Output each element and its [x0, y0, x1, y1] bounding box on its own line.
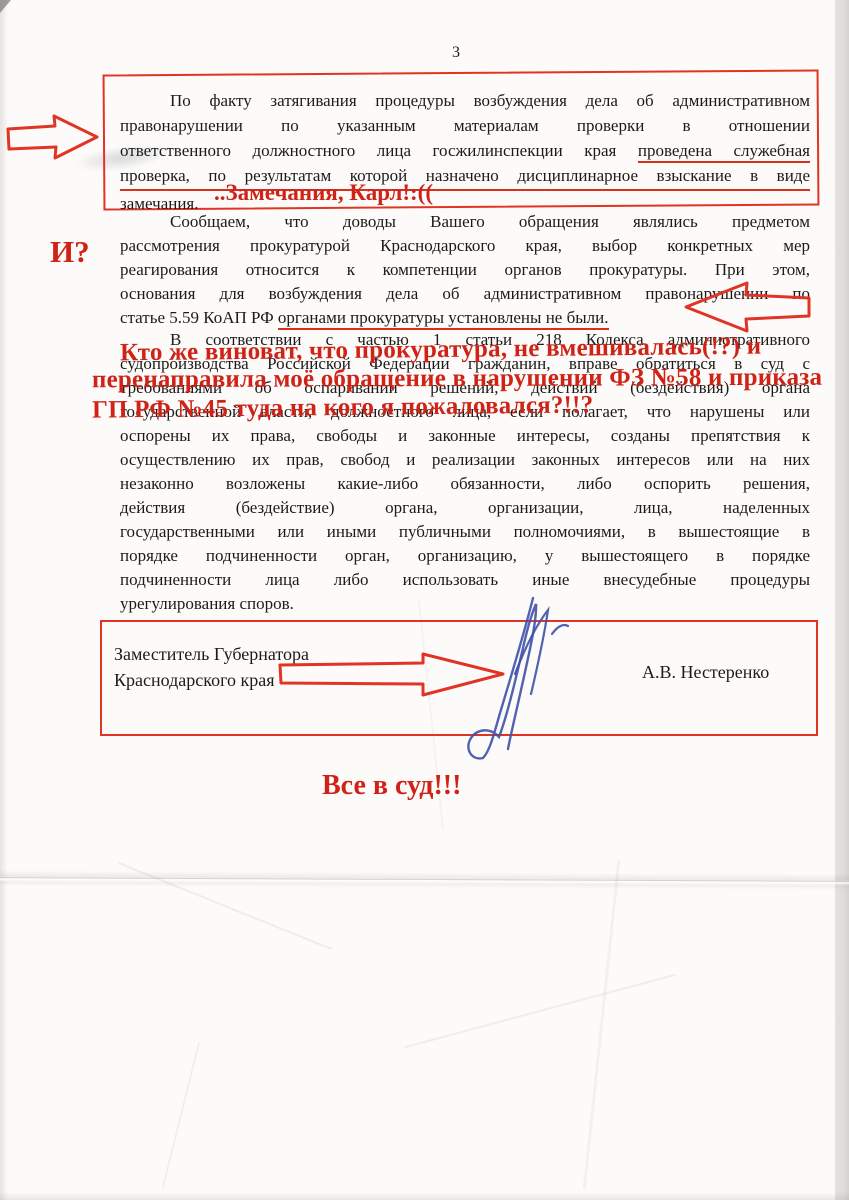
paragraph-line: действия (бездействие) органа, организац…	[120, 496, 810, 520]
paper-crease	[583, 861, 620, 1190]
paragraph-line: осуществлению их прав, свобод и реализац…	[120, 448, 810, 472]
handwritten-note-remark: ..Замечания, Карл!:((	[214, 180, 433, 206]
scan-edge-bottom	[0, 1192, 849, 1200]
paragraph-line: оспорены их права, свободы и законные ин…	[120, 424, 810, 448]
paper-crease	[162, 1042, 200, 1188]
paper-crease	[405, 974, 676, 1048]
paper-fold	[0, 870, 849, 890]
paragraph-line: незаконно возложены какие-либо обязаннос…	[120, 472, 810, 496]
red-arrow-left-icon	[682, 280, 812, 334]
scan-edge-left	[0, 0, 8, 1200]
handwritten-note-question: И?	[50, 234, 90, 270]
red-underlined-text: проведена служебная	[638, 141, 810, 163]
paragraph-text: статье 5.59 КоАП РФ	[120, 308, 278, 327]
paragraph-line: ответственного должностного лица госжили…	[120, 138, 810, 163]
signature-name: А.В. Нестеренко	[642, 662, 769, 683]
scan-edge-right	[835, 0, 849, 1200]
handwritten-note-blame-line3: ГП РФ №45 туда на кого я пожаловался?!!?	[92, 391, 594, 424]
paragraph-line: порядке подчиненности орган, организацию…	[120, 544, 810, 568]
page-number: 3	[452, 44, 460, 62]
paragraph-line: По факту затягивания процедуры возбужден…	[120, 88, 810, 113]
paragraph-text: ответственного должностного лица госжили…	[120, 141, 638, 160]
paragraph-line: рассмотрения прокуратурой Краснодарского…	[120, 234, 810, 258]
paragraph-line: Сообщаем, что доводы Вашего обращения яв…	[120, 210, 810, 234]
handwritten-note-court: Все в суд!!!	[322, 770, 461, 802]
handwritten-note-blame-line2: перенаправила моё обращение в нарушении …	[92, 364, 822, 395]
handwritten-signature-icon	[455, 588, 580, 773]
scanned-document-page: 3 По факту затягивания процедуры возбужд…	[0, 0, 849, 1200]
paragraph-line: государственными или иными публичными по…	[120, 520, 810, 544]
paragraph-line: правонарушении по указанным материалам п…	[120, 113, 810, 138]
paper-fold-line	[0, 877, 849, 882]
scan-corner-mark	[0, 0, 11, 13]
paragraph-line: реагирования относится к компетенции орг…	[120, 258, 810, 282]
paper-crease	[118, 862, 332, 950]
red-underlined-text: органами прокуратуры установлены не были…	[278, 308, 609, 330]
red-arrow-right-icon	[5, 112, 100, 162]
